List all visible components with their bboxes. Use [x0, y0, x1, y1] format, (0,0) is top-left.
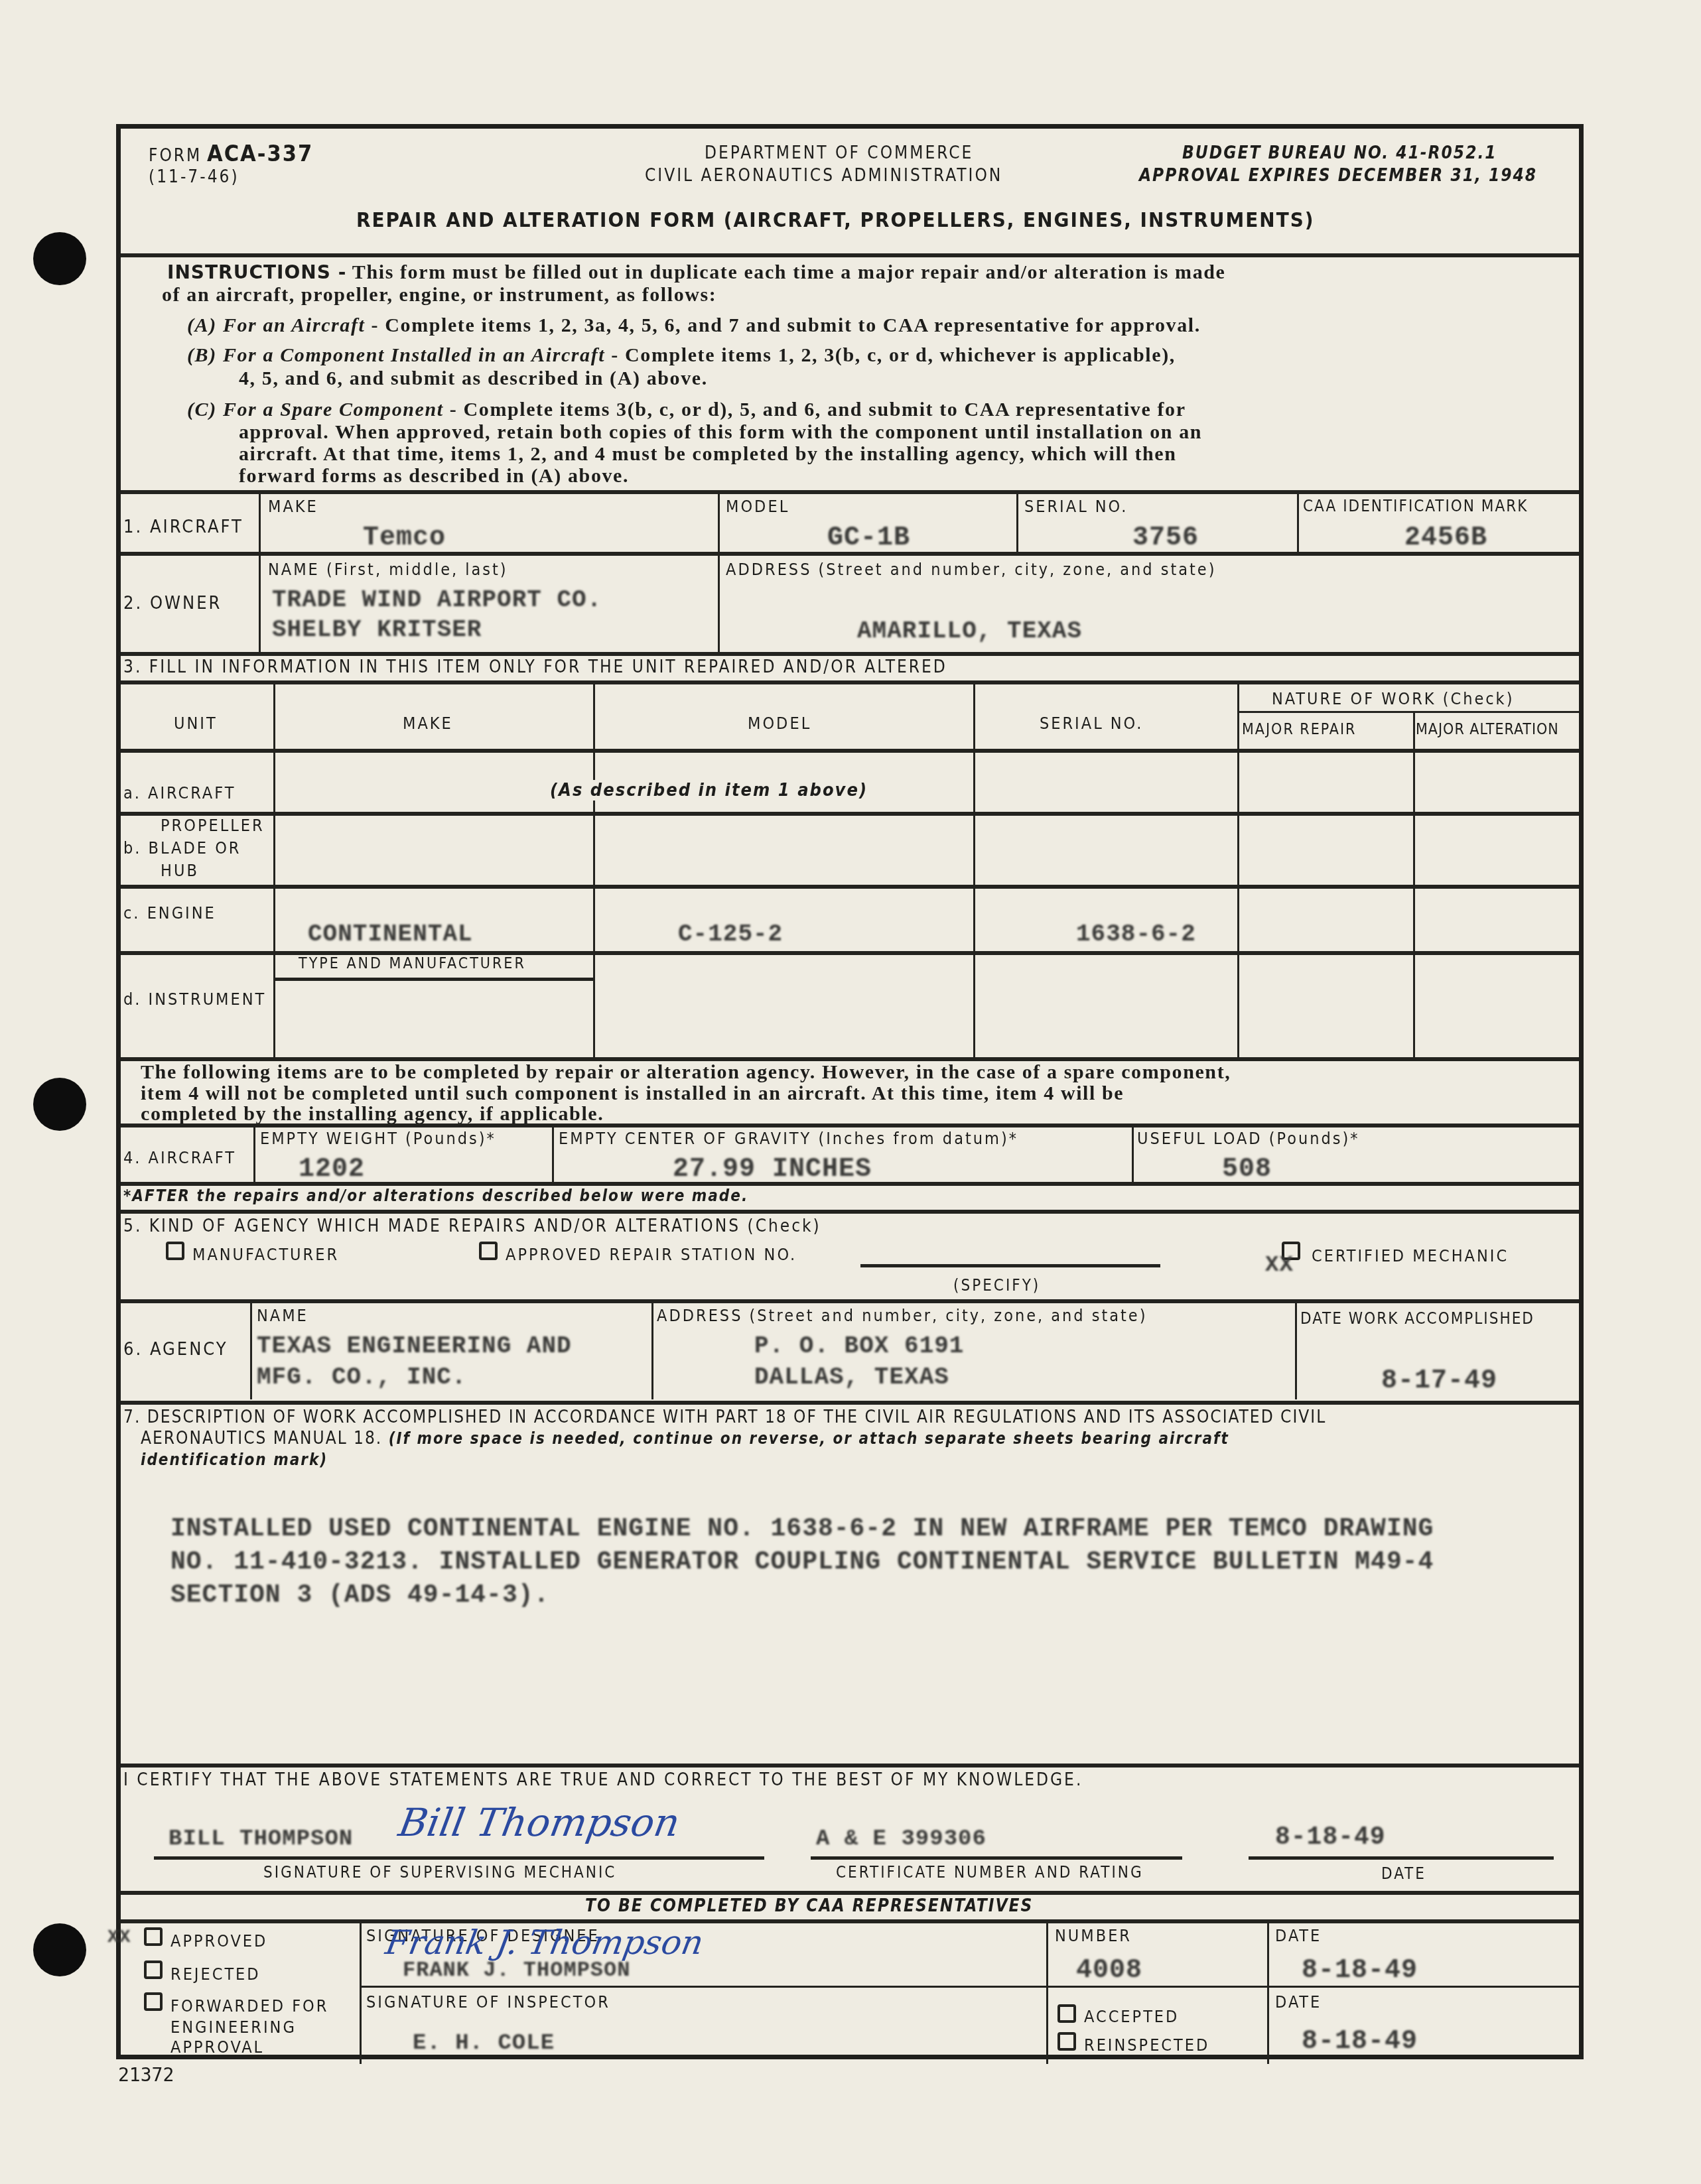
instructions-heading: INSTRUCTIONS - This form must be filled …	[167, 261, 1225, 284]
engine-make[interactable]: CONTINENTAL	[308, 921, 473, 948]
punch-hole	[33, 1078, 86, 1131]
item4-footnote: *AFTER the repairs and/or alterations de…	[123, 1187, 748, 1205]
repair-station-number-field[interactable]	[860, 1264, 1160, 1267]
repair-station-checkbox[interactable]	[479, 1242, 498, 1260]
document-number: 21372	[118, 2064, 174, 2086]
agency-name: CIVIL AERONAUTICS ADMINISTRATION	[645, 166, 1002, 186]
certificate-label: CERTIFICATE NUMBER AND RATING	[836, 1863, 1144, 1882]
agency-name-label: NAME	[257, 1306, 308, 1325]
forwarded-label: FORWARDED FOR	[170, 1996, 328, 2016]
department: DEPARTMENT OF COMMERCE	[705, 143, 973, 163]
item1-label: 1. AIRCRAFT	[123, 517, 243, 537]
serial-label: SERIAL NO.	[1024, 497, 1128, 516]
work-description-line1[interactable]: INSTALLED USED CONTINENTAL ENGINE NO. 16…	[170, 1515, 1434, 1543]
owner-name-label: NAME (First, middle, last)	[268, 560, 508, 579]
type-manufacturer-label: TYPE AND MANUFACTURER	[299, 955, 526, 972]
mechanic-signature[interactable]: Bill Thompson	[395, 1800, 683, 1845]
item5-heading: 5. KIND OF AGENCY WHICH MADE REPAIRS AND…	[123, 1216, 821, 1236]
engine-model[interactable]: C-125-2	[678, 921, 783, 948]
accepted-label: ACCEPTED	[1084, 2007, 1179, 2026]
aircraft-model[interactable]: GC-1B	[827, 523, 910, 553]
model-label: MODEL	[726, 497, 789, 516]
item4-label: 4. AIRCRAFT	[123, 1148, 236, 1167]
certification-statement: I CERTIFY THAT THE ABOVE STATEMENTS ARE …	[123, 1770, 1083, 1790]
cg-label: EMPTY CENTER OF GRAVITY (Inches from dat…	[559, 1129, 1018, 1148]
row-propeller-label: PROPELLER	[161, 816, 265, 835]
col-model: MODEL	[748, 714, 811, 733]
instruction-c-cont: approval. When approved, retain both cop…	[239, 421, 1202, 444]
instruction-b-cont: 4, 5, and 6, and submit as described in …	[239, 367, 708, 390]
agency-address-line2[interactable]: DALLAS, TEXAS	[754, 1364, 949, 1391]
form-number: ACA-337	[207, 141, 313, 167]
instruction-c: (C) For a Spare Component - Complete ite…	[187, 399, 1186, 421]
instruction-b: (B) For a Component Installed in an Airc…	[187, 344, 1176, 367]
empty-weight-label: EMPTY WEIGHT (Pounds)*	[260, 1129, 496, 1148]
inspection-date[interactable]: 8-18-49	[1302, 2027, 1418, 2057]
item3-heading: 3. FILL IN INFORMATION IN THIS ITEM ONLY…	[123, 657, 947, 677]
date-accomplished[interactable]: 8-17-49	[1381, 1366, 1497, 1396]
col-major-repair: MAJOR REPAIR	[1242, 721, 1356, 738]
certification-date[interactable]: 8-18-49	[1275, 1823, 1386, 1852]
approval-date[interactable]: 8-18-49	[1302, 1956, 1418, 1986]
col-nature-of-work: NATURE OF WORK (Check)	[1272, 689, 1514, 708]
work-description-line2[interactable]: NO. 11-410-3213. INSTALLED GENERATOR COU…	[170, 1548, 1434, 1576]
mechanic-signature-label: SIGNATURE OF SUPERVISING MECHANIC	[263, 1863, 616, 1882]
agency-address-label: ADDRESS (Street and number, city, zone, …	[657, 1306, 1147, 1325]
row-instrument-label: d. INSTRUMENT	[123, 990, 266, 1009]
instruction-a: (A) For an Aircraft - Complete items 1, …	[187, 314, 1201, 337]
row-aircraft-note: (As described in item 1 above)	[542, 780, 876, 801]
owner-address[interactable]: AMARILLO, TEXAS	[857, 617, 1082, 645]
item7-heading: 7. DESCRIPTION OF WORK ACCOMPLISHED IN A…	[123, 1407, 1326, 1427]
accepted-checkbox[interactable]	[1057, 2004, 1076, 2023]
rejected-checkbox[interactable]	[144, 1960, 163, 1979]
certified-mechanic-mark: XX	[1265, 1253, 1294, 1278]
col-make: MAKE	[403, 714, 453, 733]
caa-heading: TO BE COMPLETED BY CAA REPRESENTATIVES	[585, 1896, 1033, 1916]
approved-label: APPROVED	[170, 1931, 267, 1951]
agency-address-line1[interactable]: P. O. BOX 6191	[754, 1332, 964, 1360]
caa-mark-label: CAA IDENTIFICATION MARK	[1303, 497, 1528, 515]
col-unit: UNIT	[174, 714, 218, 733]
repair-station-label: APPROVED REPAIR STATION NO.	[506, 1245, 797, 1264]
designee-signature[interactable]: Frank J. Thompson	[383, 1923, 707, 1962]
form-label: FORM	[149, 146, 202, 166]
instructions-intro: of an aircraft, propeller, engine, or in…	[162, 284, 716, 306]
owner-name-line1[interactable]: TRADE WIND AIRPORT CO.	[272, 586, 602, 613]
row-aircraft-label: a. AIRCRAFT	[123, 783, 236, 803]
form-date: (11-7-46)	[149, 167, 239, 187]
date-label: DATE	[1275, 1992, 1322, 2012]
useful-load-label: USEFUL LOAD (Pounds)*	[1137, 1129, 1360, 1148]
reinspected-checkbox[interactable]	[1057, 2032, 1076, 2051]
inspector-label: SIGNATURE OF INSPECTOR	[366, 1992, 610, 2012]
punch-hole	[33, 232, 86, 285]
forwarded-label: APPROVAL	[170, 2037, 264, 2057]
notice-text: The following items are to be completed …	[141, 1061, 1231, 1084]
row-propeller-label: HUB	[161, 861, 199, 880]
notice-text: completed by the installing agency, if a…	[141, 1103, 604, 1125]
aircraft-serial[interactable]: 3756	[1132, 523, 1199, 553]
repair-alteration-form: FORM ACA-337 (11-7-46) DEPARTMENT OF COM…	[116, 124, 1584, 2059]
empty-cg[interactable]: 27.99 INCHES	[673, 1155, 872, 1185]
agency-name-line2[interactable]: MFG. CO., INC.	[257, 1364, 466, 1391]
certificate-number[interactable]: A & E 399306	[816, 1827, 987, 1852]
designee-number[interactable]: 4008	[1076, 1956, 1142, 1986]
make-label: MAKE	[268, 497, 318, 516]
agency-name-line1[interactable]: TEXAS ENGINEERING AND	[257, 1332, 572, 1360]
item2-label: 2. OWNER	[123, 593, 222, 613]
date-accomplished-label: DATE WORK ACCOMPLISHED	[1300, 1309, 1534, 1328]
mechanic-typed-name: BILL THOMPSON	[169, 1827, 353, 1852]
engine-serial[interactable]: 1638-6-2	[1076, 921, 1196, 948]
col-major-alteration: MAJOR ALTERATION	[1416, 721, 1559, 738]
specify-label: (SPECIFY)	[953, 1276, 1040, 1295]
certified-mechanic-label: CERTIFIED MECHANIC	[1312, 1246, 1509, 1265]
rejected-label: REJECTED	[170, 1964, 261, 1984]
approved-mark: XX	[107, 1927, 131, 1948]
certification-date-label: DATE	[1381, 1864, 1426, 1883]
manufacturer-checkbox[interactable]	[166, 1242, 184, 1260]
inspector-name[interactable]: E. H. COLE	[413, 2031, 555, 2056]
caa-identification-mark[interactable]: 2456B	[1404, 523, 1487, 553]
instruction-c-cont: aircraft. At that time, items 1, 2, and …	[239, 443, 1177, 466]
row-engine-label: c. ENGINE	[123, 903, 216, 923]
row-propeller-label: b. BLADE OR	[123, 838, 241, 858]
forwarded-checkbox[interactable]	[144, 1992, 163, 2011]
useful-load[interactable]: 508	[1222, 1155, 1272, 1185]
budget-bureau-number: BUDGET BUREAU NO. 41-R052.1	[1182, 143, 1497, 163]
reinspected-label: REINSPECTED	[1084, 2035, 1209, 2055]
punch-hole	[33, 1923, 86, 1976]
forwarded-label: ENGINEERING	[170, 2018, 297, 2037]
item7-heading-cont: AERONAUTICS MANUAL 18. (If more space is…	[141, 1429, 1229, 1448]
number-label: NUMBER	[1055, 1926, 1132, 1945]
owner-address-label: ADDRESS (Street and number, city, zone, …	[726, 560, 1216, 579]
work-description-line3[interactable]: SECTION 3 (ADS 49-14-3).	[170, 1581, 549, 1610]
form-title: REPAIR AND ALTERATION FORM (AIRCRAFT, PR…	[356, 208, 1315, 232]
owner-name-line2[interactable]: SHELBY KRITSER	[272, 616, 482, 643]
item7-heading-cont: identification mark)	[141, 1450, 328, 1469]
instruction-c-cont: forward forms as described in (A) above.	[239, 465, 629, 487]
manufacturer-label: MANUFACTURER	[192, 1245, 339, 1264]
empty-weight[interactable]: 1202	[299, 1155, 365, 1185]
notice-text: item 4 will not be completed until such …	[141, 1082, 1124, 1105]
item6-label: 6. AGENCY	[123, 1339, 228, 1360]
col-serial: SERIAL NO.	[1040, 714, 1143, 733]
date-label: DATE	[1275, 1926, 1322, 1945]
aircraft-make[interactable]: Temco	[363, 523, 446, 553]
approval-expires: APPROVAL EXPIRES DECEMBER 31, 1948	[1139, 166, 1537, 186]
approved-checkbox[interactable]	[144, 1927, 163, 1946]
